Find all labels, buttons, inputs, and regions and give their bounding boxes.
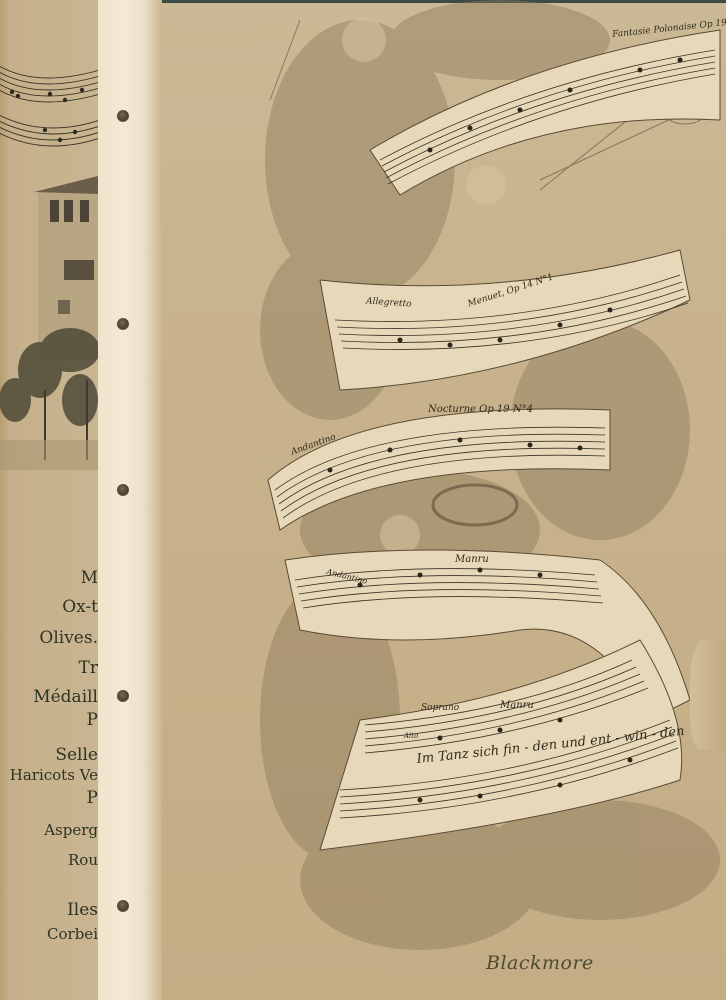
- voice-label-alto: Alto: [404, 732, 418, 740]
- binding-strip: [98, 0, 162, 1000]
- menu-item: P: [87, 788, 98, 808]
- music-ribbon-illustration-icon: [162, 0, 726, 1000]
- score-title-manru-2: Manru: [500, 700, 534, 711]
- artist-signature: Blackmore: [486, 952, 594, 974]
- menu-item: Tr: [79, 658, 98, 678]
- scanned-menu-page: M Ox-t Olives. Tr Médaill P Selle Harico…: [0, 0, 726, 1000]
- punch-hole-icon: [117, 318, 129, 330]
- punch-hole-icon: [117, 900, 129, 912]
- punch-hole-icon: [117, 110, 129, 122]
- menu-item: Iles: [67, 900, 98, 920]
- punch-hole-icon: [117, 690, 129, 702]
- voice-label-soprano: Soprano: [421, 703, 459, 713]
- score-title-manru: Manru: [455, 554, 489, 565]
- menu-page: M Ox-t Olives. Tr Médaill P Selle Harico…: [0, 0, 98, 1000]
- score-title-nocturne: Nocturne Op 19 N°4: [428, 404, 533, 415]
- menu-item: Corbei: [47, 924, 98, 944]
- menu-item: Olives.: [39, 628, 98, 648]
- menu-item: Haricots Ve: [10, 765, 98, 785]
- villa-illustration-icon: [0, 160, 98, 480]
- menu-item: Rou: [68, 850, 98, 870]
- menu-item: Médaill: [33, 687, 98, 707]
- menu-item: Asperg: [44, 820, 98, 840]
- menu-item: P: [87, 710, 98, 730]
- punch-hole-icon: [117, 484, 129, 496]
- paper-tear: [690, 640, 726, 750]
- music-score-fragment-icon: [0, 30, 98, 150]
- menu-item: M: [81, 568, 98, 588]
- menu-item: Ox-t: [62, 597, 98, 617]
- menu-item: Selle: [55, 745, 98, 765]
